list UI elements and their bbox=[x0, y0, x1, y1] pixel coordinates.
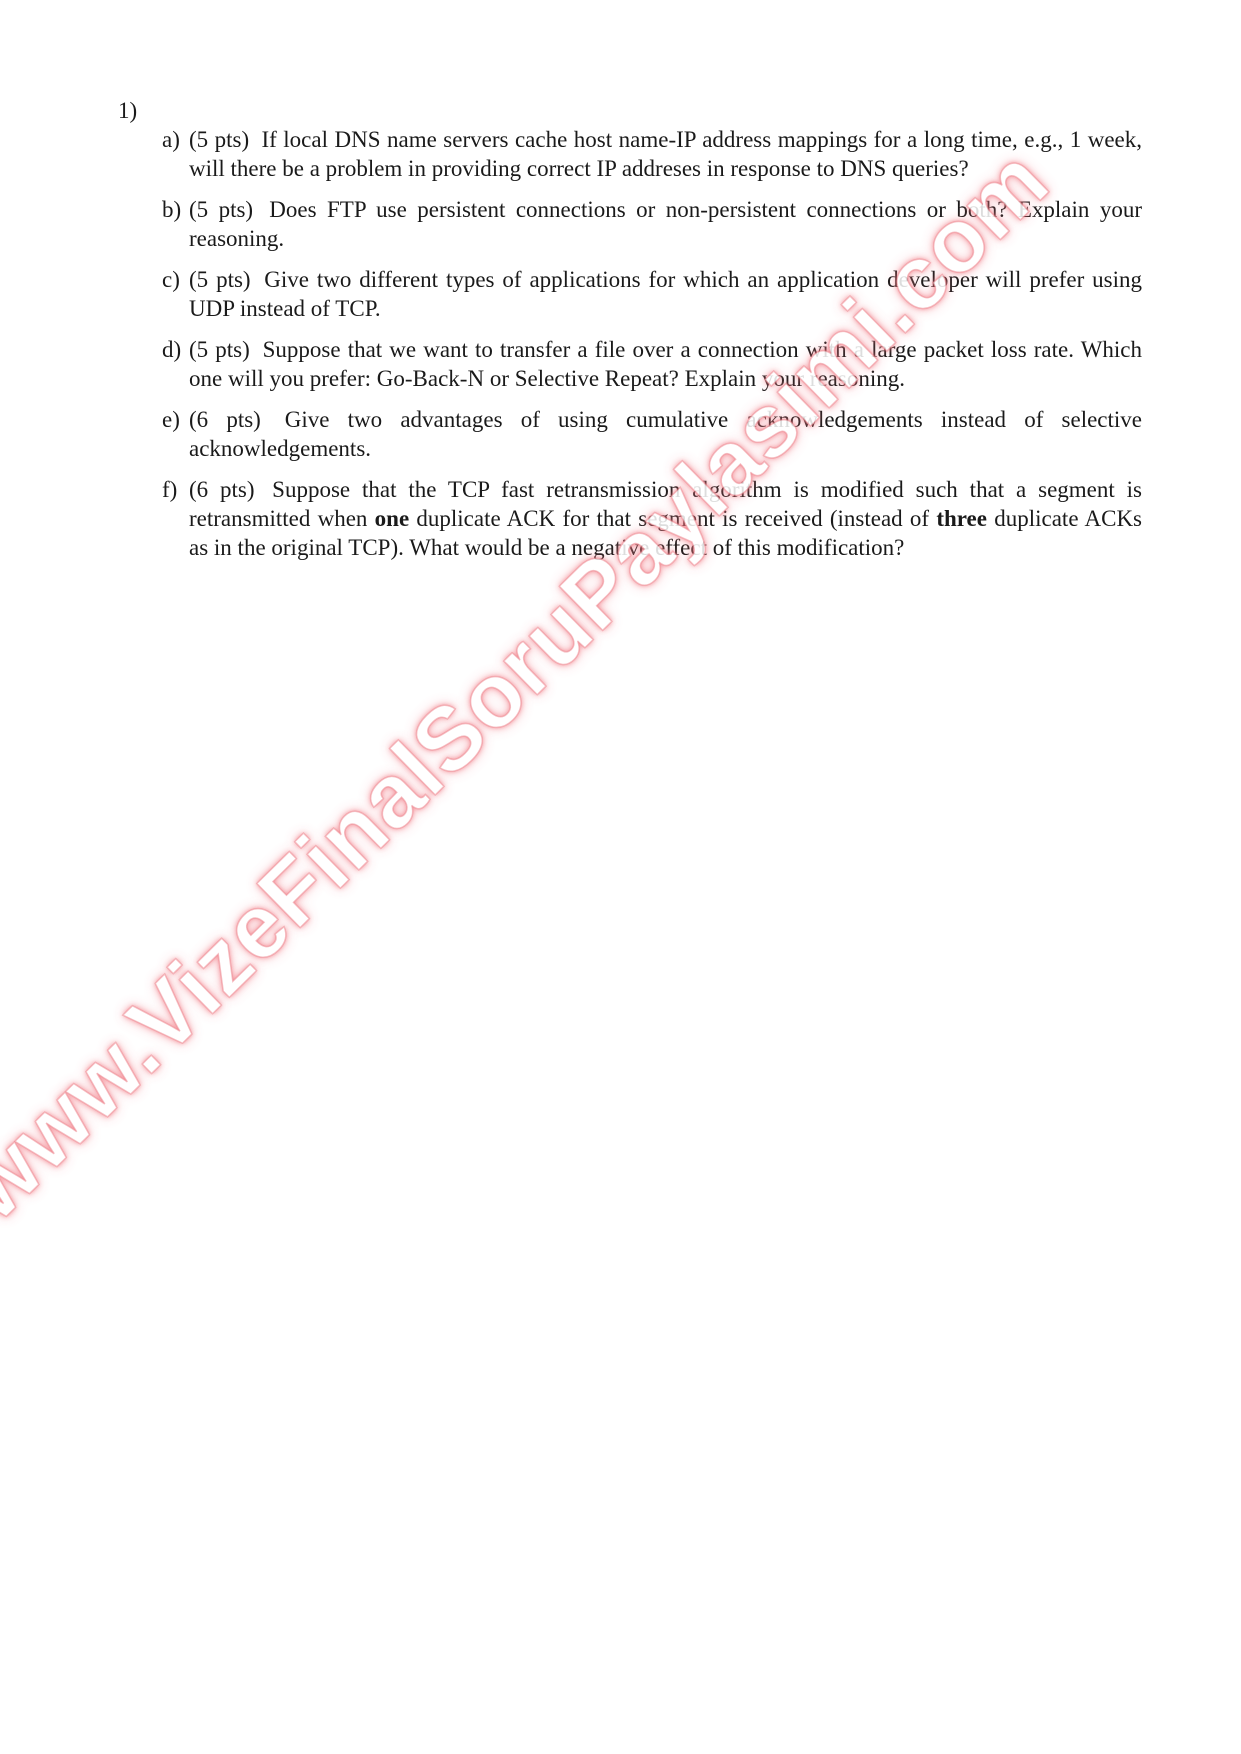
points-label: (5 pts) bbox=[189, 197, 253, 222]
points-label: (5 pts) bbox=[189, 337, 250, 362]
sub-question-text: Suppose that we want to transfer a file … bbox=[189, 337, 1142, 391]
emphasis-text: three bbox=[936, 506, 987, 531]
sub-question-text: Does FTP use persistent connections or n… bbox=[189, 197, 1142, 251]
points-label: (5 pts) bbox=[189, 127, 249, 152]
sub-question-label: f) bbox=[162, 475, 177, 504]
sub-question-list: a) (5 pts) If local DNS name servers cac… bbox=[162, 125, 1142, 574]
points-label: (5 pts) bbox=[189, 267, 251, 292]
sub-question-label: a) bbox=[162, 125, 180, 154]
emphasis-text: one bbox=[375, 506, 410, 531]
sub-question-c: c) (5 pts) Give two different types of a… bbox=[162, 265, 1142, 323]
sub-question-label: e) bbox=[162, 405, 180, 434]
sub-question-text: Give two advantages of using cumulative … bbox=[189, 407, 1142, 461]
points-label: (6 pts) bbox=[189, 407, 261, 432]
points-label: (6 pts) bbox=[189, 477, 255, 502]
sub-question-d: d) (5 pts) Suppose that we want to trans… bbox=[162, 335, 1142, 393]
sub-question-e: e) (6 pts) Give two advantages of using … bbox=[162, 405, 1142, 463]
sub-question-label: c) bbox=[162, 265, 180, 294]
sub-question-b: b) (5 pts) Does FTP use persistent conne… bbox=[162, 195, 1142, 253]
sub-question-f: f) (6 pts) Suppose that the TCP fast ret… bbox=[162, 475, 1142, 562]
sub-question-text: Suppose that the TCP fast retransmission… bbox=[189, 477, 1142, 560]
sub-question-label: b) bbox=[162, 195, 181, 224]
sub-question-text: Give two different types of applications… bbox=[189, 267, 1142, 321]
sub-question-label: d) bbox=[162, 335, 181, 364]
sub-question-a: a) (5 pts) If local DNS name servers cac… bbox=[162, 125, 1142, 183]
sub-question-text: If local DNS name servers cache host nam… bbox=[189, 127, 1142, 181]
exam-page: 1) a) (5 pts) If local DNS name servers … bbox=[0, 0, 1241, 1754]
question-number: 1) bbox=[118, 96, 137, 125]
